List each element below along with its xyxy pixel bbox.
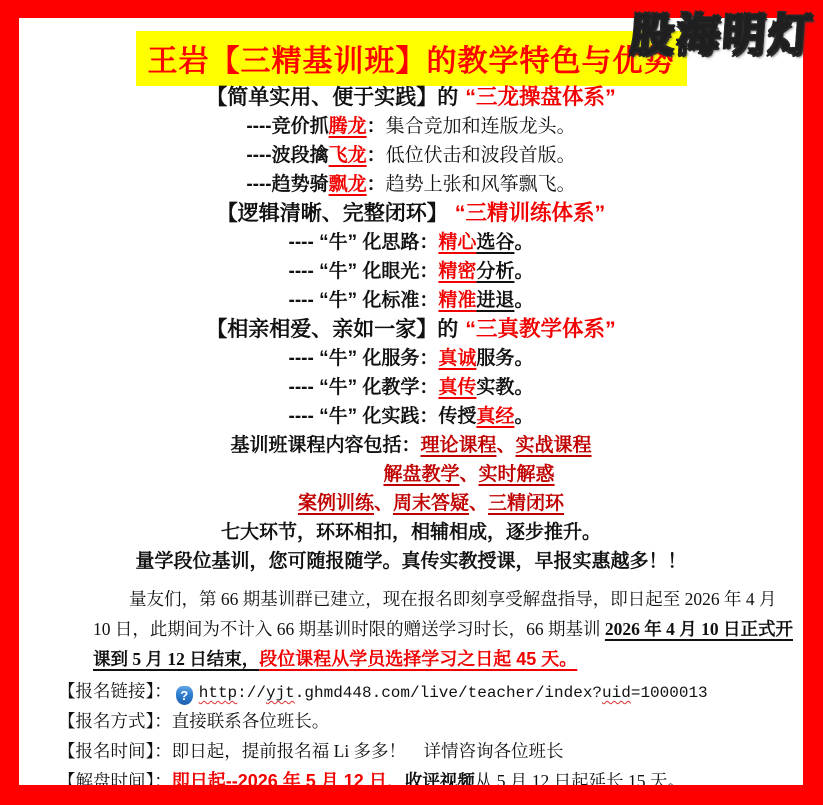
seven-links-text: 七大环节，环环相扣，相辅相成，逐步推升。 xyxy=(221,522,601,543)
signup-time-note: 详情咨询各位班长 xyxy=(406,741,564,761)
seven-links-line: 七大环节，环环相扣，相辅相成，逐步推升。 xyxy=(19,518,803,547)
promo-text: 量学段位基训，您可随报随学。真传实教授课，早报实惠越多！！ xyxy=(135,551,686,572)
dragon-item-colon: ： xyxy=(367,174,386,195)
course-row-3: 案例训练、周末答疑、三精闭环 xyxy=(19,489,803,518)
jing-item: ---- “牛” 化思路：精心选谷。 xyxy=(19,228,803,257)
jing-item-tail: 选谷 xyxy=(476,232,514,253)
jing-item: ---- “牛” 化眼光：精密分析。 xyxy=(19,257,803,286)
enrollment-paragraph: 量友们，第 66 期基训群已建立，现在报名即刻享受解盘指导，即日起至 2026 … xyxy=(19,584,803,674)
dragon-item: ----竞价抓腾龙：集合竞加和连版龙头。 xyxy=(19,112,803,141)
signup-url[interactable]: http://yjt.ghmd448.com/live/teacher/inde… xyxy=(199,684,708,702)
signup-time-text: 即日起，提前报名福 Li 多多！ xyxy=(172,741,406,761)
dragon-heading-red: “三龙操盘体系” xyxy=(465,85,616,109)
signup-time-line: 【报名时间】：即日起，提前报名福 Li 多多！ 详情咨询各位班长 xyxy=(58,736,803,766)
help-shield-icon: ? xyxy=(176,686,193,705)
zhen-item-prefix: ---- “牛” 化实践：传授 xyxy=(289,406,477,427)
flyer-screenshot: { "colors": { "frame_red": "#fe0000", "t… xyxy=(0,0,823,805)
jing-heading: 【逻辑清晰、完整闭环】“三精训练体系” xyxy=(19,199,803,228)
signup-method-line: 【报名方式】：直接联系各位班长。 xyxy=(58,706,803,736)
zhen-item-keyword: 真诚 xyxy=(438,348,476,369)
dragon-item-desc: 低位伏击和波段首版。 xyxy=(386,145,576,166)
zhen-item-keyword: 真传 xyxy=(438,377,476,398)
paragraph-line-1: 量友们，第 66 期基训群已建立，现在报名即刻享受解盘指导，即日起至 2026 … xyxy=(93,584,803,614)
dragon-item-prefix: ----波段擒 xyxy=(246,145,328,166)
course-row-2: 解盘教学、实时解惑 xyxy=(19,460,803,489)
footer-info: 【报名链接】：?http://yjt.ghmd448.com/live/teac… xyxy=(19,676,803,785)
dragon-item: ----波段擒飞龙：低位伏击和波段首版。 xyxy=(19,141,803,170)
dragon-item-colon: ： xyxy=(367,145,386,166)
course-item: 解盘教学 xyxy=(383,464,459,485)
jing-item-keyword: 精心 xyxy=(438,232,476,253)
url-part[interactable]: http xyxy=(199,684,237,702)
zhen-heading-black: 【相亲相爱、亲如一家】的 xyxy=(206,317,458,341)
jing-item: ---- “牛” 化标准：精准进退。 xyxy=(19,286,803,315)
jing-item-prefix: ---- “牛” 化标准： xyxy=(289,290,439,311)
review-comma: ， xyxy=(387,771,405,785)
review-time-line: 【解盘时间】：即日起--2026 年 5 月 12 日，收评视频从 5 月 12… xyxy=(58,766,803,785)
course-lead: 基训班课程内容包括： xyxy=(230,435,420,456)
jing-item-end: 。 xyxy=(514,261,533,282)
zhen-item-tail: 实教 xyxy=(476,377,514,398)
jing-item-tail: 进退 xyxy=(476,290,514,311)
zhen-heading: 【相亲相爱、亲如一家】的“三真教学体系” xyxy=(19,315,803,344)
zhen-item: ---- “牛” 化教学：真传实教。 xyxy=(19,373,803,402)
dragon-item-colon: ： xyxy=(367,116,386,137)
signup-method-text: 直接联系各位班长。 xyxy=(172,711,330,731)
signup-method-label: 【报名方式】： xyxy=(58,711,172,731)
dragon-item-keyword: 飘龙 xyxy=(329,174,367,195)
dragon-heading-black: 【简单实用、便于实践】的 xyxy=(206,85,458,109)
promo-line: 量学段位基训，您可随报随学。真传实教授课，早报实惠越多！！ xyxy=(19,547,803,576)
course-row-1: 基训班课程内容包括：理论课程、实战课程 xyxy=(19,431,803,460)
jing-item-keyword: 精准 xyxy=(438,290,476,311)
dragon-item: ----趋势骑飘龙：趋势上张和风筝飘飞。 xyxy=(19,170,803,199)
url-part[interactable]: :// xyxy=(237,684,266,702)
zhen-item-prefix: ---- “牛” 化服务： xyxy=(289,348,439,369)
end-date-emphasis: 课到 5 月 12 日结束， xyxy=(93,649,259,669)
dragon-heading: 【简单实用、便于实践】的“三龙操盘体系” xyxy=(19,83,803,112)
watermark-text: 股海明灯 xyxy=(629,1,817,64)
dragon-item-prefix: ----竞价抓 xyxy=(246,116,328,137)
zhen-item-prefix: ---- “牛” 化教学： xyxy=(289,377,439,398)
jing-heading-red: “三精训练体系” xyxy=(455,201,606,225)
zhen-item-end: 。 xyxy=(514,406,533,427)
zhen-heading-red: “三真教学体系” xyxy=(465,317,616,341)
review-video-bold: 收评视频 xyxy=(405,771,475,785)
jing-item-prefix: ---- “牛” 化思路： xyxy=(289,232,439,253)
jing-item-tail: 分析 xyxy=(476,261,514,282)
duration-emphasis: 段位课程从学员选择学习之日起 45 天。 xyxy=(259,649,577,669)
page-title: 王岩【三精基训班】的教学特色与优势 xyxy=(136,31,687,86)
signup-link-label: 【报名链接】： xyxy=(58,681,172,701)
paragraph-line-3: 课到 5 月 12 日结束，段位课程从学员选择学习之日起 45 天。 xyxy=(93,644,803,674)
course-separator: 、 xyxy=(469,493,488,514)
body-lines: 【简单实用、便于实践】的“三龙操盘体系” ----竞价抓腾龙：集合竞加和连版龙头… xyxy=(19,83,803,576)
course-separator: 、 xyxy=(374,493,393,514)
url-part[interactable]: yjt xyxy=(266,684,295,702)
course-separator: 、 xyxy=(459,464,478,485)
course-item: 三精闭环 xyxy=(488,493,564,514)
jing-heading-black: 【逻辑清晰、完整闭环】 xyxy=(217,201,448,225)
review-rest-text: 从 5 月 12 日起延长 15 天。 xyxy=(475,771,685,785)
course-item: 理论课程 xyxy=(420,435,496,456)
course-item: 实战课程 xyxy=(516,435,592,456)
course-row-2-content: 解盘教学、实时解惑 xyxy=(383,467,554,484)
document-page: 王岩【三精基训班】的教学特色与优势 【简单实用、便于实践】的“三龙操盘体系” -… xyxy=(19,18,803,785)
zhen-item: ---- “牛” 化实践：传授真经。 xyxy=(19,402,803,431)
zhen-item: ---- “牛” 化服务：真诚服务。 xyxy=(19,344,803,373)
zhen-item-keyword: 真经 xyxy=(476,406,514,427)
jing-item-end: 。 xyxy=(514,232,533,253)
url-part[interactable]: =1000013 xyxy=(631,684,708,702)
review-period-emphasis: 即日起--2026 年 5 月 12 日 xyxy=(172,771,387,785)
url-part[interactable]: uid xyxy=(602,684,631,702)
course-item: 实时解惑 xyxy=(479,464,555,485)
dragon-item-keyword: 飞龙 xyxy=(329,145,367,166)
zhen-item-end: 。 xyxy=(514,377,533,398)
jing-item-end: 。 xyxy=(514,290,533,311)
signup-link-line: 【报名链接】：?http://yjt.ghmd448.com/live/teac… xyxy=(58,676,803,706)
jing-item-keyword: 精密 xyxy=(438,261,476,282)
jing-item-prefix: ---- “牛” 化眼光： xyxy=(289,261,439,282)
review-time-label: 【解盘时间】： xyxy=(58,771,172,785)
paragraph-line-2: 10 日，此期间为不计入 66 期基训时限的赠送学习时长，66 期基训 2026… xyxy=(93,614,803,644)
zhen-item-end: 。 xyxy=(514,348,533,369)
course-item: 周末答疑 xyxy=(393,493,469,514)
start-date-emphasis: 2026 年 4 月 10 日正式开 xyxy=(605,619,793,639)
paragraph-line-2-normal: 10 日，此期间为不计入 66 期基训时限的赠送学习时长，66 期基训 xyxy=(93,619,605,639)
dragon-item-prefix: ----趋势骑 xyxy=(246,174,328,195)
url-part[interactable]: .ghmd448.com/live/teacher/index? xyxy=(295,684,602,702)
course-row-3-content: 案例训练、周末答疑、三精闭环 xyxy=(298,496,564,513)
dragon-item-keyword: 腾龙 xyxy=(329,116,367,137)
dragon-item-desc: 集合竞加和连版龙头。 xyxy=(386,116,576,137)
zhen-item-tail: 服务 xyxy=(476,348,514,369)
course-item: 案例训练 xyxy=(298,493,374,514)
signup-time-label: 【报名时间】： xyxy=(58,741,172,761)
dragon-item-desc: 趋势上张和风筝飘飞。 xyxy=(386,174,576,195)
course-separator: 、 xyxy=(497,435,516,456)
